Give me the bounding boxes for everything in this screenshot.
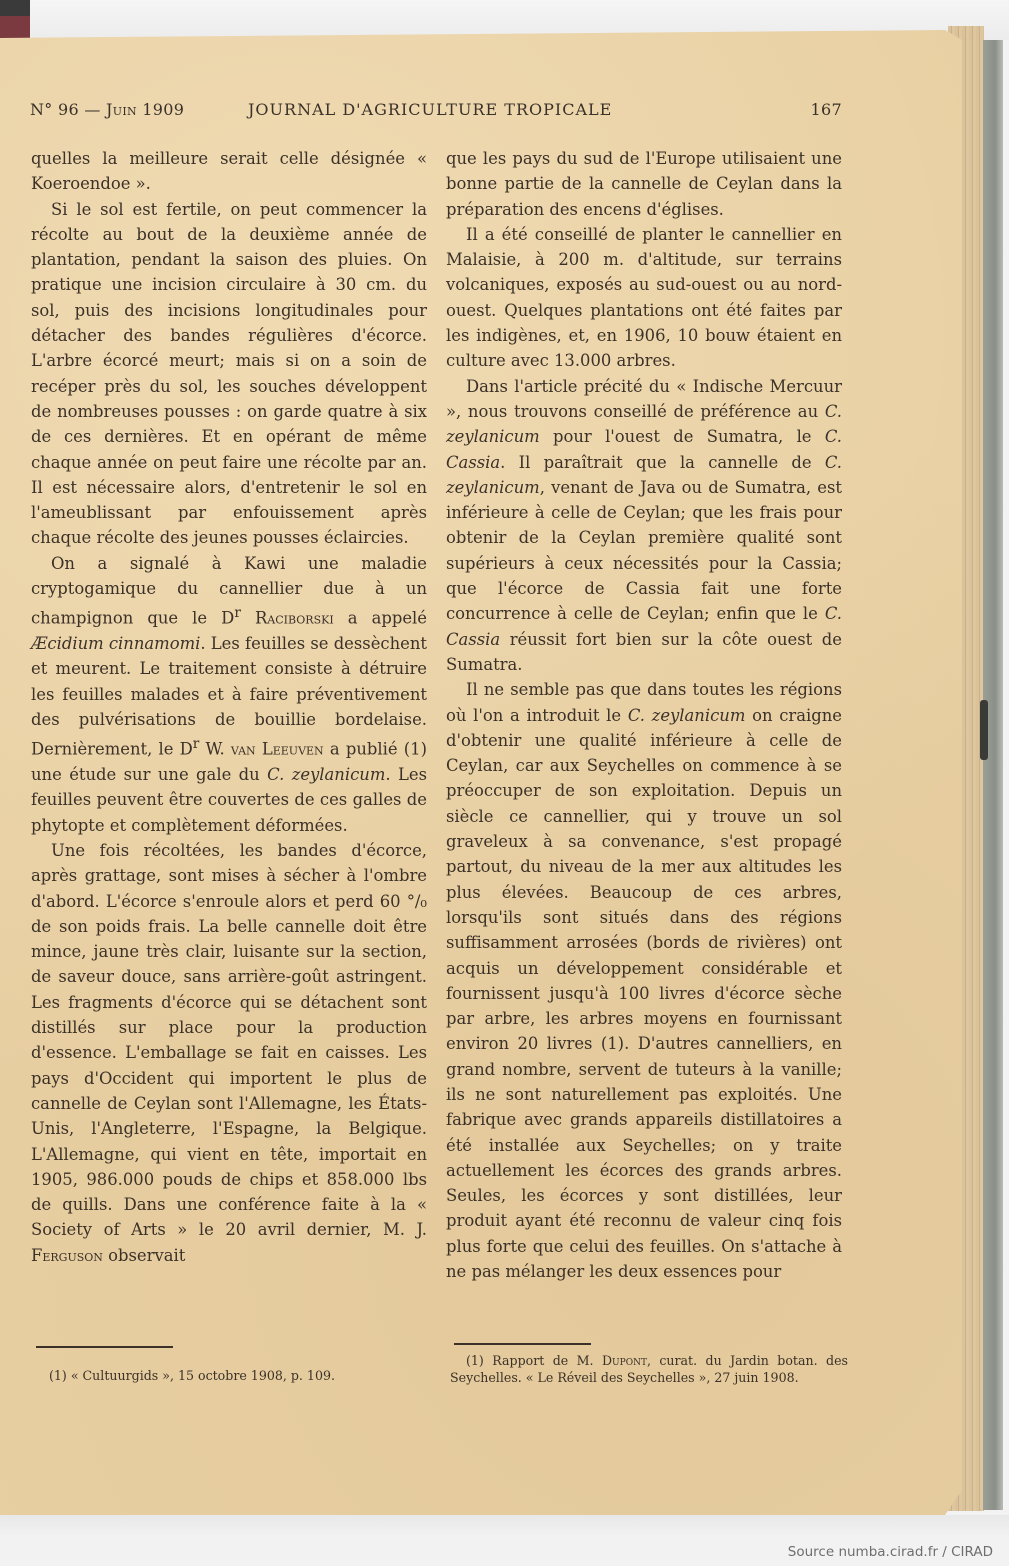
text-run: W. <box>199 740 231 759</box>
paragraph: Il a été conseillé de planter le cannell… <box>446 222 842 374</box>
scan-bottom-margin <box>0 1515 1009 1537</box>
superscript: r <box>234 605 241 621</box>
paragraph: Dans l'article précité du « Indische Mer… <box>446 374 842 678</box>
right-column: que les pays du sud de l'Europe utilisai… <box>446 146 842 1284</box>
species-name: C. zeylanicum <box>628 706 746 725</box>
issue-month: Juin <box>106 100 137 119</box>
footnote-divider <box>36 1346 173 1348</box>
book-cover-edge <box>983 40 1003 1510</box>
text-run: on craigne d'obtenir une qualité inférie… <box>446 706 842 1282</box>
issue-number: N° 96 — <box>30 100 101 119</box>
author-name: Dupont <box>602 1353 647 1368</box>
issue-label: N° 96 — Juin 1909 <box>30 100 184 119</box>
adjacent-volume-spine <box>0 0 30 38</box>
text-run: , venant de Java ou de Sumatra, est infé… <box>446 478 842 623</box>
text-run: Dans l'article précité du « Indische Mer… <box>446 377 842 421</box>
paragraph: Une fois récoltées, les bandes d'écorce,… <box>31 838 427 1268</box>
paragraph: quelles la meilleure serait celle désign… <box>31 146 427 197</box>
author-name: van Leeuven <box>231 740 324 759</box>
footnote-right: (1) Rapport de M. Dupont, curat. du Jard… <box>450 1352 848 1386</box>
text-run: Une fois récoltées, les bandes d'écorce,… <box>31 841 427 1239</box>
paragraph: On a signalé à Kawi une maladie cryptoga… <box>31 551 427 838</box>
footnote-left: (1) « Cultuurgids », 15 octobre 1908, p.… <box>49 1367 429 1384</box>
footnote-divider <box>454 1343 591 1345</box>
author-name: Raciborski <box>255 609 334 628</box>
text-run: observait <box>103 1246 185 1265</box>
text-run: a appelé <box>334 609 427 628</box>
text-run: pour l'ouest de Sumatra, le <box>540 427 825 446</box>
issue-year: 1909 <box>142 100 184 119</box>
text-run: (1) Rapport de M. <box>466 1353 602 1368</box>
page-number: 167 <box>811 100 842 119</box>
text-run: réussit fort bien sur la côte ouest de S… <box>446 630 842 674</box>
author-name: Ferguson <box>31 1246 103 1265</box>
paragraph: Il ne semble pas que dans toutes les rég… <box>446 677 842 1284</box>
paragraph: que les pays du sud de l'Europe utilisai… <box>446 146 842 222</box>
species-name: Æcidium cinnamomi <box>31 634 200 653</box>
journal-title: JOURNAL D'AGRICULTURE TROPICALE <box>248 100 612 119</box>
paragraph: Si le sol est fertile, on peut commencer… <box>31 197 427 551</box>
left-column: quelles la meilleure serait celle désign… <box>31 146 427 1268</box>
source-credit: Source numba.cirad.fr / CIRAD <box>788 1544 993 1560</box>
page-tab-marker <box>980 700 988 760</box>
text-run: . Il paraîtrait que la cannelle de <box>500 453 825 472</box>
running-header: N° 96 — Juin 1909 JOURNAL D'AGRICULTURE … <box>30 100 842 124</box>
species-name: C. zeylanicum <box>267 765 385 784</box>
